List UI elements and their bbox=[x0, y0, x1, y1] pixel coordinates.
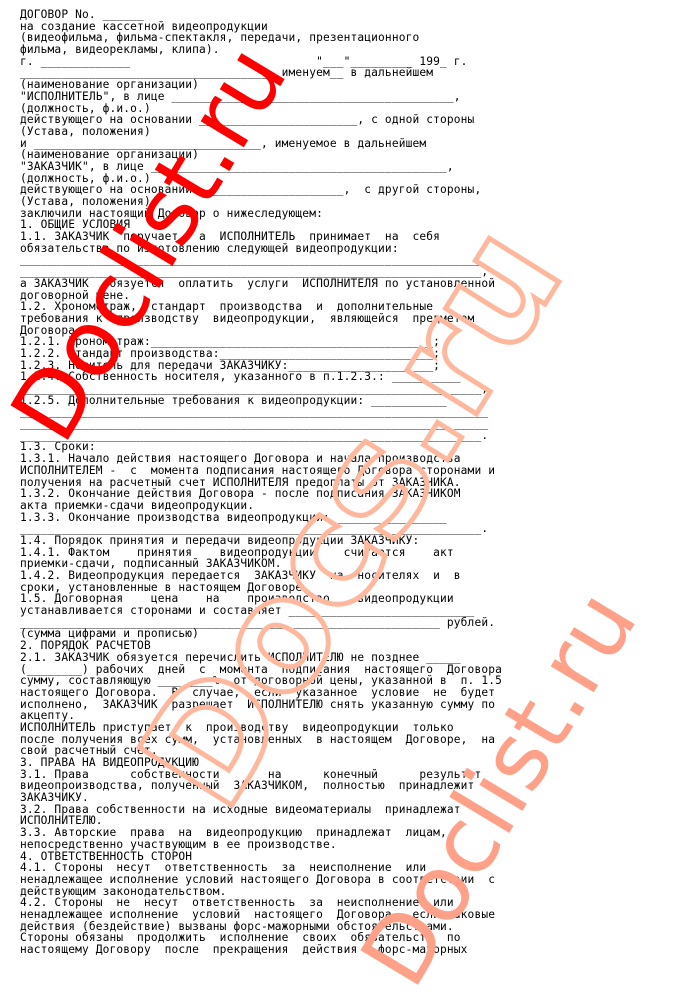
document-line: ДОГОВОР No. ______ bbox=[20, 9, 510, 21]
document-line: ________________________________________… bbox=[20, 383, 510, 395]
document-line: (Устава, положения) bbox=[20, 196, 510, 208]
contract-document: ДОГОВОР No. ______на создание кассетной … bbox=[20, 9, 510, 956]
document-line: 1.4.2. Видеопродукция передается ЗАКАЗЧИ… bbox=[20, 570, 510, 582]
document-line: ИСПОЛНИТЕЛЬ приступает к производству ви… bbox=[20, 722, 510, 734]
document-line: исполнено, ЗАКАЗЧИК разрешает ИСПОЛНИТЕЛ… bbox=[20, 699, 510, 711]
document-line: 3. ПРАВА НА ВИДЕОПРОДУКЦИЮ bbox=[20, 757, 510, 769]
document-line: акта приемки-сдачи видеопродукции. bbox=[20, 500, 510, 512]
document-line: а ЗАКАЗЧИК обязуется оплатить услуги ИСП… bbox=[20, 278, 510, 290]
document-line: видеопроизводства, полученный ЗАКАЗЧИКОМ… bbox=[20, 780, 510, 792]
document-line: фильма, видеорекламы, клипа). bbox=[20, 44, 510, 56]
document-line: 1.1. ЗАКАЗЧИК поручает, а ИСПОЛНИТЕЛЬ пр… bbox=[20, 231, 510, 243]
document-line: ненадлежащее исполнение условий настояще… bbox=[20, 909, 510, 921]
document-line: 1.4. Порядок принятия и передачи видеопр… bbox=[20, 535, 510, 547]
document-line: ЗАКАЗЧИКУ. bbox=[20, 792, 510, 804]
document-line: устанавливается сторонами и составляет _… bbox=[20, 605, 510, 617]
document-line: требования к производству видеопродукции… bbox=[20, 313, 510, 325]
document-line: непосредственно участвующим в ее произво… bbox=[20, 839, 510, 851]
document-line: 2.1. ЗАКАЗЧИК обязуется перечислить ИСПО… bbox=[20, 652, 510, 664]
document-line: 1.2.2. Стандарт производства:___________… bbox=[20, 348, 510, 360]
document-line: настоящего Договора. В случае, если указ… bbox=[20, 687, 510, 699]
document-line: (Устава, положения) bbox=[20, 126, 510, 138]
document-line: "ЗАКАЗЧИК", в лице _____________________… bbox=[20, 161, 510, 173]
document-line: настоящему Договору после прекращения де… bbox=[20, 944, 510, 956]
document-line: "ИСПОЛНИТЕЛЬ", в лице __________________… bbox=[20, 91, 510, 103]
document-line: ________________________________________… bbox=[20, 418, 510, 430]
document-line: ИСПОЛНИТЕЛЕМ - с момента подписания наст… bbox=[20, 465, 510, 477]
document-line: ненадлежащее исполнение условий настояще… bbox=[20, 874, 510, 886]
